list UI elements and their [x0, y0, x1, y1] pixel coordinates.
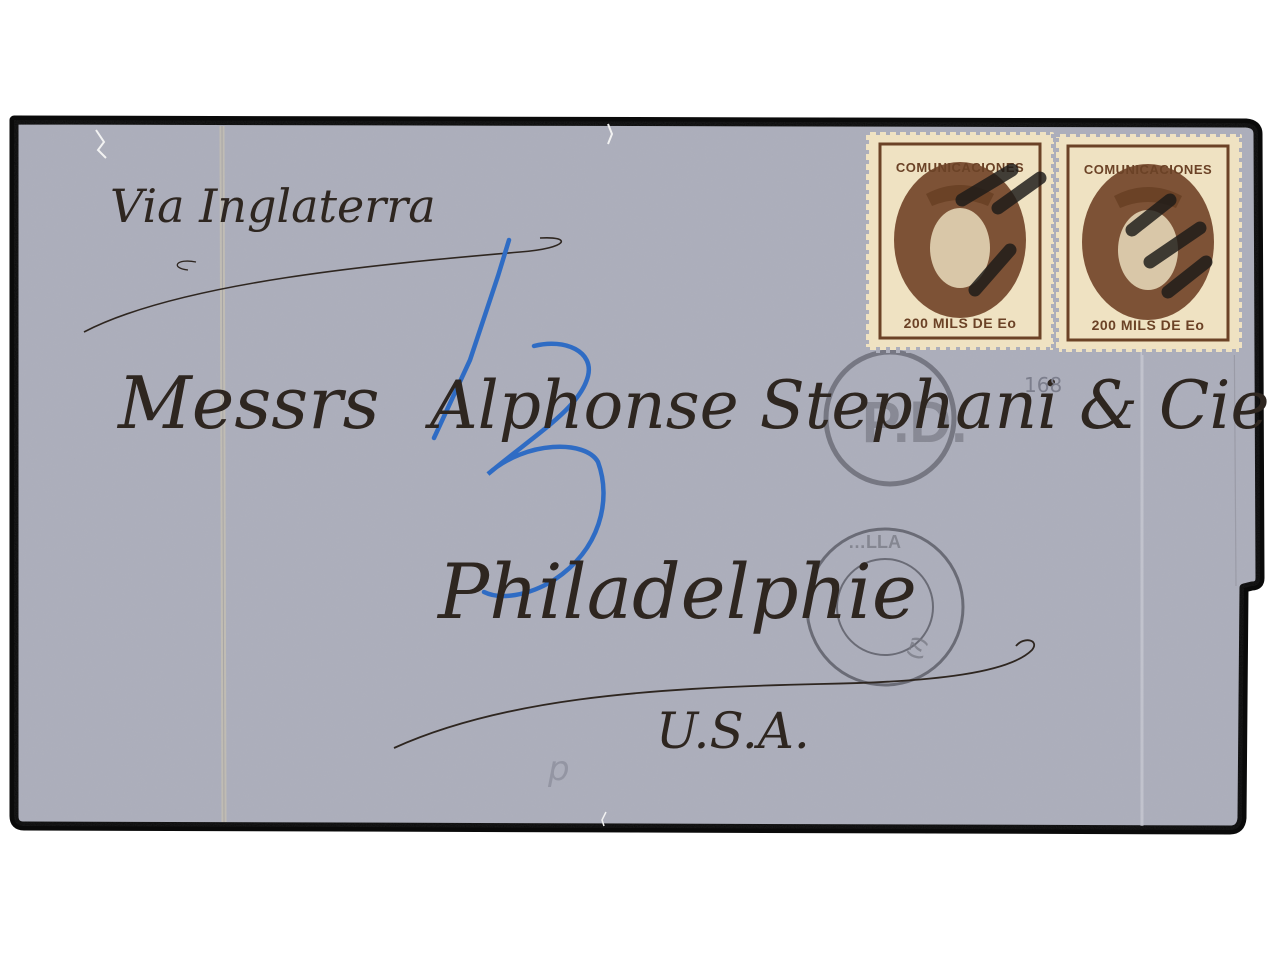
- addressee-prefix: Messrs: [116, 361, 380, 445]
- addressee-city: Philadelphie: [436, 547, 917, 636]
- stamp-2: COMUNICACIONES 200 MILS DE Eo: [1056, 134, 1242, 352]
- stamp-1: COMUNICACIONES 200 MILS DE Eo: [866, 132, 1054, 350]
- stamp-pair: COMUNICACIONES 200 MILS DE Eo COMUNICACI…: [866, 132, 1242, 352]
- pencil-note-p: p: [547, 749, 570, 789]
- svg-text:COMUNICACIONES: COMUNICACIONES: [1084, 162, 1212, 177]
- svg-text:200 MILS DE Eo: 200 MILS DE Eo: [904, 315, 1017, 331]
- svg-text:200 MILS DE Eo: 200 MILS DE Eo: [1092, 317, 1205, 333]
- pencil-note-168: 168: [1024, 373, 1062, 397]
- routing-endorsement-text: Via Inglaterra: [110, 179, 436, 233]
- svg-text:13: 13: [0, 0, 20, 4]
- cover-scene: Via Inglaterra P.D. …LLA (7) 13 Messrs A…: [0, 0, 1276, 956]
- addressee-name: Alphonse Stephani & Cie: [424, 367, 1270, 444]
- addressee-country: U.S.A.: [656, 702, 810, 760]
